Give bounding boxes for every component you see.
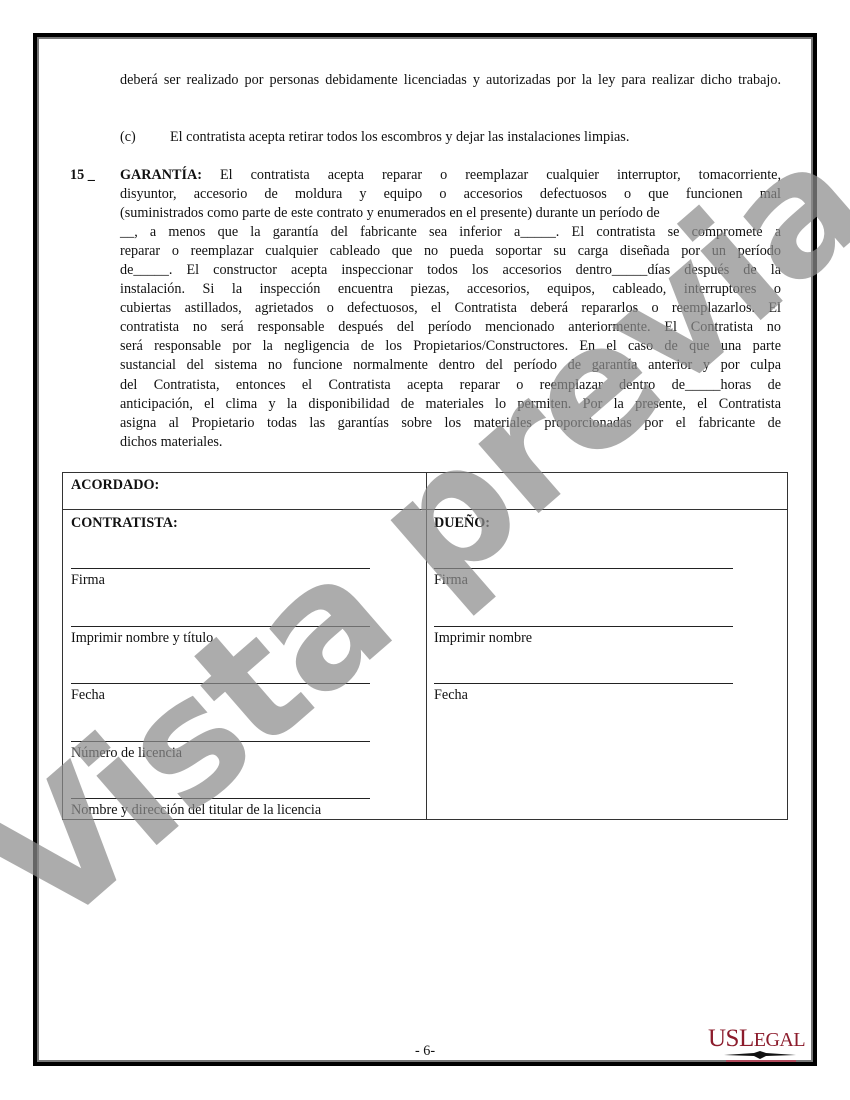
signature-line [434, 626, 733, 627]
logo-tagline [726, 1060, 796, 1062]
signature-field-label: Imprimir nombre [434, 630, 532, 647]
agreed-label: ACORDADO: [71, 477, 159, 494]
uslegal-logo: USLEGAL [708, 1026, 820, 1064]
item-c-text: El contratista acepta retirar todos los … [170, 128, 629, 147]
item-c-label: (c) [120, 128, 136, 147]
contractor-heading: CONTRATISTA: [71, 515, 178, 532]
table-column-divider [426, 473, 427, 819]
section-15-line: de_____. El constructor acepta inspeccio… [120, 261, 781, 280]
signature-line [71, 741, 370, 742]
section-15-line: dichos materiales. [120, 433, 781, 452]
signature-field-label: Nombre y dirección del titular de la lic… [71, 802, 321, 819]
signature-field-label: Fecha [434, 687, 468, 704]
section-15-line: asigna al Propietario todas las garantía… [120, 414, 781, 433]
signature-line [71, 626, 370, 627]
signature-field-label: Firma [434, 572, 468, 589]
section-15-line: será responsable por la negligencia de l… [120, 337, 781, 356]
signature-field-label: Fecha [71, 687, 105, 704]
signature-line [434, 683, 733, 684]
section-15-line: disyuntor, accesorio de moldura y equipo… [120, 185, 781, 204]
section-number: 15 _ [70, 166, 95, 185]
signature-field-label: Firma [71, 572, 105, 589]
continuation-paragraph: deberá ser realizado por personas debida… [120, 71, 781, 90]
section-15-line: anticipación, el clima y la disponibilid… [120, 395, 781, 414]
section-15-line: (suministrados como parte de este contra… [120, 204, 781, 223]
signature-line [71, 683, 370, 684]
signature-field-label: Imprimir nombre y título [71, 630, 213, 647]
logo-text: USLEGAL [708, 1026, 805, 1053]
section-15-line: instalación. Si la inspección encuentra … [120, 280, 781, 299]
signature-line [71, 798, 370, 799]
eagle-wings-icon [724, 1051, 796, 1059]
section-heading: GARANTÍA: [120, 167, 202, 183]
table-row-divider [63, 509, 787, 510]
signature-table: ACORDADO: CONTRATISTA: DUEÑO: FirmaImpri… [62, 472, 788, 820]
signature-line [71, 568, 370, 569]
section-15-body: GARANTÍA: El contratista acepta reparar … [120, 166, 781, 452]
continuation-text: deberá ser realizado por personas debida… [120, 71, 781, 90]
section-15-line: cubiertas astillados, agrietados o defec… [120, 299, 781, 318]
section-15-line: contratista no será responsable después … [120, 318, 781, 337]
section-15-line: __, a menos que la garantía del fabrican… [120, 223, 781, 242]
section-15-line: del Contratista, entonces el Contratista… [120, 376, 781, 395]
signature-line [434, 568, 733, 569]
section-15-line: reparar o reemplazar cualquier cableado … [120, 242, 781, 261]
section-15-line: sustancial del sistema no funcione norma… [120, 356, 781, 375]
signature-field-label: Número de licencia [71, 745, 182, 762]
owner-heading: DUEÑO: [434, 515, 490, 532]
section-15-line: GARANTÍA: El contratista acepta reparar … [120, 166, 781, 185]
